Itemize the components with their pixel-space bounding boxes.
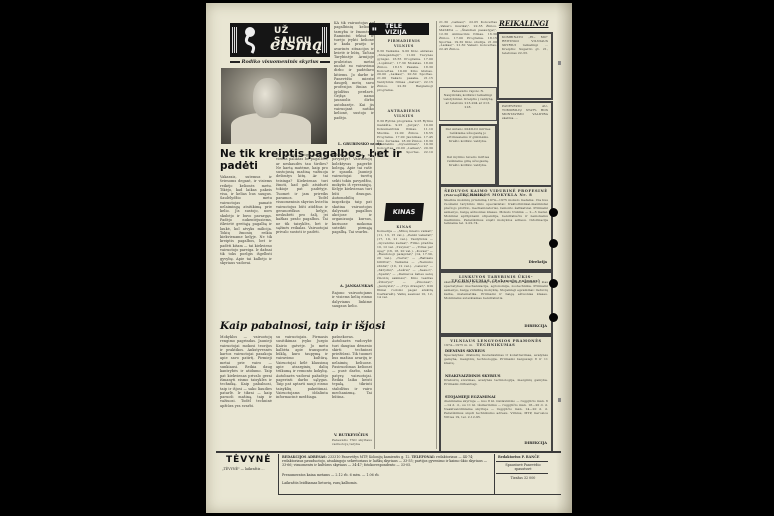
binder-hole: [549, 279, 558, 288]
school-box-2: LINKUVOS TARYBINIS ŪKIS-TECHNIKUMAS (Pak…: [439, 271, 553, 335]
footer-address: REDAKCIJOS ADRESAS: 233310 Panevėžys MTP…: [282, 455, 492, 468]
article-intro-text: KA tik vairuotojas su pagalbinių kelioni…: [334, 21, 374, 139]
notice-2-text: PANEVĖŽIO AU- TOMOBILIŲ STATY- BOS MONTA…: [502, 105, 548, 185]
tv-channel-2: VILNIUS: [376, 114, 432, 118]
school-box-1: ŠEDUVOS KAIMO VIDURINĖ PROFESINĖ TECHNIK…: [439, 185, 553, 271]
paper-mark: [558, 61, 561, 65]
school-box-3: VILNIAUS LENGVOSIOS PRAMONĖS TECHNIKUMAS…: [439, 335, 553, 453]
section-logo: UŽ SAUGŲ eismą: [230, 23, 330, 57]
school-3-years: 1974—1975 m. m.: [444, 344, 548, 348]
tv-day-heading-1: PIRMADIENIS: [376, 39, 432, 43]
footer-rule: [494, 454, 495, 494]
column-rule: [374, 21, 375, 449]
section-subtitle: Rodiko visuomeninis skyrius: [230, 59, 330, 65]
notice-box-3: Panevėžio rajono N. Naujininkų kolūkiui …: [439, 87, 497, 121]
tv-logo: ▮▮ TELE VIZIJA: [369, 23, 429, 35]
main-article-col-2: Jei trasoje, jeigu nors ir vienas palikt…: [276, 153, 328, 315]
classifieds-heading: REIKALINGI: [499, 19, 549, 28]
second-article-col-3: pašnekovas. Autobazės vadovybė turi daug…: [332, 335, 372, 430]
second-article-col-2: su vairuotojais. Pirmasis susitikimas įv…: [276, 335, 328, 447]
school-3-sign: DIREKCIJA: [524, 441, 547, 445]
paper-mark: [558, 398, 561, 402]
tv-logo-bottom: VIZIJA: [385, 28, 407, 36]
tv-schedule-1: 8.30 Vaikams. 9.00 Kino ekranas „Sniegan…: [377, 50, 433, 106]
footer-rule: [496, 461, 548, 462]
notice-box-1: KOMBINATO „EL- MO" REITINGO VILNIAUS SKY…: [497, 32, 553, 100]
tv-schedule-3: 21.30 „Laikas\". 22.05 Koncertas „Vakaro…: [439, 21, 497, 83]
second-article-note: Panevėžio TSO skyriaus vairuotojų taryba: [332, 439, 372, 451]
column-rule: [436, 21, 437, 449]
binder-hole: [549, 239, 558, 248]
photo-head: [253, 78, 283, 118]
school-1-sign: Direkcija: [529, 260, 547, 264]
footer-paper-desc: „TĖVYNĖ" — laikraštis ...: [222, 467, 274, 491]
school-3-exams-text: dieniniame skyriuje — nuo 8 kl. išsilavi…: [444, 400, 548, 440]
main-article-col-1: Vakarais, sutemus ir šviesoms degant, ir…: [220, 175, 272, 315]
newspaper-page: UŽ SAUGŲ eismą Rodiko visuomeninis skyri…: [206, 3, 572, 513]
footer-rule: [278, 454, 279, 494]
main-article-author: A. JANKAUSKAS: [340, 284, 373, 288]
school-3-section-1: DIENINIS SKYRIUS: [445, 349, 485, 353]
tv-schedule-2: 8.30 Rytinė programa. 9.05 Rytinė mankšt…: [377, 120, 433, 196]
footer-subscription: Prenumeratos kaina metams — 2.12 rb. 6 m…: [282, 473, 492, 477]
footer-languages: Laikraštis leidžiamas lietuvių, rusų kal…: [282, 481, 492, 485]
traffic-figure-icon: [242, 26, 262, 54]
school-3-section-2: NEAKIVAIZDINIS SKYRIUS: [445, 374, 500, 378]
footer-circulation: Tiražas 32 000: [498, 476, 548, 480]
notice-1-text: KOMBINATO „EL- MO" REITINGO VILNIAUS SKY…: [502, 36, 548, 94]
portrait-photo: [221, 68, 327, 144]
logo-stripes-left: [232, 27, 238, 53]
footer-editor: Redaktorius P. RANČE: [498, 455, 548, 459]
second-article-col-1: Mokyklos — vairuotojų rengimo pagrindas.…: [220, 335, 272, 447]
school-2-text: skelbia mokinių priėmimą 1974—1975 moksl…: [444, 281, 548, 323]
cinema-listings: Komedija — „Mūsų miesto vaikai\" (11, 13…: [377, 230, 433, 450]
binder-hole: [549, 313, 558, 322]
tv-logo-date: ▮▮: [372, 23, 376, 35]
page-fold-shadow: [556, 3, 572, 513]
photo-byline: L. GRUBINSKO nuotr.: [338, 142, 382, 146]
notice-3-text: Panevėžio rajono N. Naujininkų kolūkiui …: [443, 90, 493, 118]
footer-bottom-rule: [278, 494, 561, 495]
tv-channel-1: VILNIUS: [376, 44, 432, 48]
footer-top-rule: [216, 451, 561, 453]
notice-4-text: Dėl Antano PAKILIO mirties reiškiame užu…: [444, 128, 492, 153]
cinema-logo: KINAS: [384, 203, 424, 221]
school-3-extramural-text: Drabužių siuvimas, avalynės technologija…: [444, 379, 548, 393]
section-logo-line2: eismą: [270, 35, 323, 54]
footer-paper-name: TĖVYNĖ: [226, 455, 271, 465]
notice-5-text: Dėl mylimo tėvelio mirties reiškiame gil…: [444, 156, 492, 181]
footer-printer: Spaustuvė Panevėžio spaustuvė: [498, 463, 548, 471]
cinema-heading: KINAS: [376, 225, 432, 229]
school-1-text: Skelbia mokinių priėmimą 1974—1975 moksl…: [444, 199, 548, 257]
second-article-author: V. BUTKEVIČIUS: [334, 433, 368, 437]
notice-box-2: PANEVĖŽIO AU- TOMOBILIŲ STATY- BOS MONTA…: [497, 101, 553, 191]
footer-rule: [496, 473, 548, 474]
binder-hole: [549, 208, 558, 217]
tv-day-heading-2: ANTRADIENIS: [376, 109, 432, 113]
condolence-box: Dėl Antano PAKILIO mirties reiškiame užu…: [439, 124, 497, 186]
main-article-col-3b: Rajono vairuotojams ir visiems kelių eis…: [332, 291, 372, 315]
school-2-sign: DIREKCIJA: [524, 324, 547, 328]
school-3-section-3: STOJAMIEJI EGZAMINAI: [445, 395, 496, 399]
main-article-col-3: kabina. Ar tai ne pavyzdys? Vairuotojų k…: [332, 153, 372, 281]
school-3-day-text: Specialybės: drabužių modeliavimas ir ko…: [444, 354, 548, 372]
